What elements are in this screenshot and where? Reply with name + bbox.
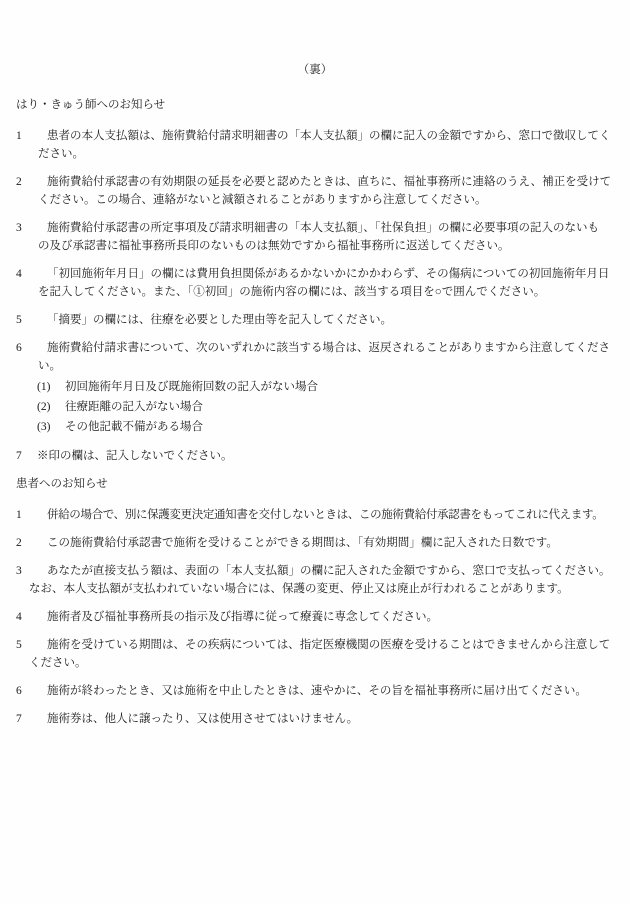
notice-item: 7※印の欄は、記入しないでください。 xyxy=(16,447,614,465)
notice-item: 6施術費給付請求書について、次のいずれかに該当する場合は、返戻されることがありま… xyxy=(16,339,614,437)
item-line-text: ※印の欄は、記入しないでください。 xyxy=(37,450,233,462)
item-line-text: この施術費給付承認書で施術を受けることができる期間は、「有効期間」欄に記入された… xyxy=(47,537,558,549)
item-number: 1 xyxy=(16,506,47,524)
notice-item: 1患者の本人支払額は、施術費給付請求明細書の「本人支払額」の欄に記入の金額ですか… xyxy=(16,127,614,163)
item-line-text: 施術費給付請求書について、次のいずれかに該当する場合は、返戻されることがあります… xyxy=(47,342,610,354)
notice-item: 3あなたが直接支払う額は、表面の「本人支払額」の欄に記入された金額ですから、窓口… xyxy=(16,562,614,598)
item-line-text: 施術費給付承認書の有効期限の延長を必要と認めたときは、直ちに、福祉事務所に連絡の… xyxy=(47,176,611,188)
item-line-text: 施術が終わったとき、又は施術を中止したときは、速やかに、その旨を福祉事務所に届け… xyxy=(47,685,587,697)
item-line-text: 施術を受けている期間は、その疾病については、指定医療機関の医療を受けることはでき… xyxy=(47,639,610,651)
page-side-label: （裏） xyxy=(16,61,614,79)
notice-item: 1併給の場合で、別に保護変更決定通知書を交付しないときは、この施術費給付承認書を… xyxy=(16,506,614,524)
notice-subitem: (2)往療距離の記入がない場合 xyxy=(16,397,614,417)
item-number: 3 xyxy=(16,562,47,580)
item-line-text: ください。この場合、連絡がないと減額されることがありますから注意してください。 xyxy=(38,194,487,206)
item-line-text: 施術者及び福祉事務所長の指示及び指導に従って療養に専念してください。 xyxy=(47,611,438,623)
item-number: 6 xyxy=(16,339,47,357)
notice-subitem: (1)初回施術年月日及び既施術回数の記入がない場合 xyxy=(16,377,614,397)
subitem-number: (2) xyxy=(37,397,65,417)
notice-section-2: 患者へのお知らせ1併給の場合で、別に保護変更決定通知書を交付しないときは、この施… xyxy=(16,475,614,728)
item-number: 2 xyxy=(16,534,47,552)
item-line-text: ください。 xyxy=(29,657,87,669)
item-number: 7 xyxy=(16,447,37,465)
item-line-text: 「初回施術年月日」の欄には費用負担関係があるかないかにかかわらず、その傷病につい… xyxy=(47,268,609,280)
item-line-text: なお、本人支払額が支払われていない場合には、保護の変更、停止又は廃止が行われるこ… xyxy=(29,583,569,595)
item-line-text: 施術費給付承認書の所定事項及び請求明細書の「本人支払額」、「社保負担」の欄に必要… xyxy=(47,222,599,234)
item-number: 3 xyxy=(16,219,47,237)
item-line-text: を記入してください。また、「①初回」の施術内容の欄には、該当する項目を○で囲んで… xyxy=(38,286,545,298)
notice-item: 5「摘要」の欄には、往療を必要とした理由等を記入してください。 xyxy=(16,311,614,329)
item-line-text: い。 xyxy=(38,360,61,372)
item-number: 1 xyxy=(16,127,47,145)
notice-item: 2施術費給付承認書の有効期限の延長を必要と認めたときは、直ちに、福祉事務所に連絡… xyxy=(16,173,614,209)
notice-item: 6施術が終わったとき、又は施術を中止したときは、速やかに、その旨を福祉事務所に届… xyxy=(16,682,614,700)
document-page: （裏） はり・きゅう師へのお知らせ1患者の本人支払額は、施術費給付請求明細書の「… xyxy=(0,0,630,728)
notice-section-1: はり・きゅう師へのお知らせ1患者の本人支払額は、施術費給付請求明細書の「本人支払… xyxy=(16,96,614,465)
notice-item: 3施術費給付承認書の所定事項及び請求明細書の「本人支払額」、「社保負担」の欄に必… xyxy=(16,219,614,255)
item-line-text: の及び承認書に福祉事務所長印のないものは無効ですから福祉事務所に返送してください… xyxy=(38,240,510,252)
item-line-text: 「摘要」の欄には、往療を必要とした理由等を記入してください。 xyxy=(47,314,392,326)
section-title: はり・きゅう師へのお知らせ xyxy=(16,96,614,114)
subitem-number: (1) xyxy=(37,377,65,397)
notice-item: 7施術券は、他人に譲ったり、又は使用させてはいけません。 xyxy=(16,710,614,728)
item-line-text: ださい。 xyxy=(38,148,84,160)
subitem-text: その他記載不備がある場合 xyxy=(65,421,203,433)
item-line-text: 施術券は、他人に譲ったり、又は使用させてはいけません。 xyxy=(47,713,358,725)
item-number: 2 xyxy=(16,173,47,191)
item-line-text: あなたが直接支払う額は、表面の「本人支払額」の欄に記入された金額ですから、窓口で… xyxy=(47,565,611,577)
notice-item: 5施術を受けている期間は、その疾病については、指定医療機関の医療を受けることはで… xyxy=(16,636,614,672)
notice-item: 4「初回施術年月日」の欄には費用負担関係があるかないかにかかわらず、その傷病につ… xyxy=(16,265,614,301)
notice-sections-container: はり・きゅう師へのお知らせ1患者の本人支払額は、施術費給付請求明細書の「本人支払… xyxy=(16,96,614,728)
item-line-text: 併給の場合で、別に保護変更決定通知書を交付しないときは、この施術費給付承認書をも… xyxy=(47,509,603,521)
item-number: 6 xyxy=(16,682,47,700)
subitem-list: (1)初回施術年月日及び既施術回数の記入がない場合(2)往療距離の記入がない場合… xyxy=(16,377,614,437)
item-number: 5 xyxy=(16,636,47,654)
notice-item: 4施術者及び福祉事務所長の指示及び指導に従って療養に専念してください。 xyxy=(16,608,614,626)
subitem-number: (3) xyxy=(37,417,65,437)
item-number: 5 xyxy=(16,311,47,329)
subitem-text: 往療距離の記入がない場合 xyxy=(65,401,203,413)
subitem-text: 初回施術年月日及び既施術回数の記入がない場合 xyxy=(65,381,318,393)
item-number: 7 xyxy=(16,710,47,728)
item-number: 4 xyxy=(16,265,47,283)
item-number: 4 xyxy=(16,608,47,626)
section-title: 患者へのお知らせ xyxy=(16,475,614,493)
notice-subitem: (3)その他記載不備がある場合 xyxy=(16,417,614,437)
notice-item: 2この施術費給付承認書で施術を受けることができる期間は、「有効期間」欄に記入され… xyxy=(16,534,614,552)
item-line-text: 患者の本人支払額は、施術費給付請求明細書の「本人支払額」の欄に記入の金額ですから… xyxy=(47,130,611,142)
